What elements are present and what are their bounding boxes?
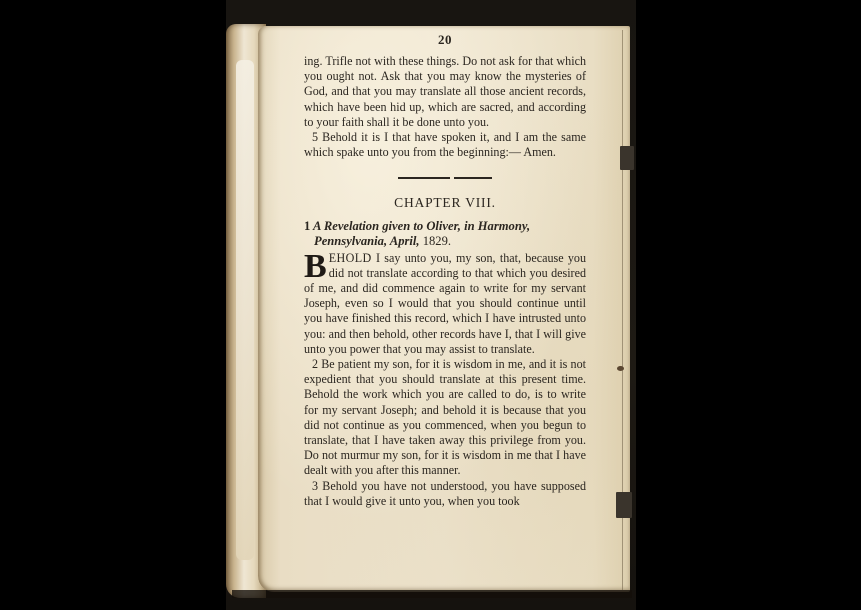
verse-2: 2 Be patient my son, for it is wisdom in… bbox=[304, 357, 586, 479]
continuation-paragraph: ing. Trifle not with these things. Do no… bbox=[304, 54, 586, 130]
scan-viewport: 20 ing. Trifle not with these things. Do… bbox=[0, 0, 861, 610]
page-bottom-shadow bbox=[232, 590, 632, 598]
verse-1-caps: EHOLD bbox=[329, 251, 372, 265]
heading-line-2: Pennsylvania, April, bbox=[314, 234, 420, 248]
section-divider bbox=[304, 177, 586, 179]
revelation-heading: 1 A Revelation given to Oliver, in Harmo… bbox=[304, 219, 586, 234]
page-tab-mark bbox=[616, 492, 632, 518]
verse-5: 5 Behold it is I that have spoken it, an… bbox=[304, 130, 586, 160]
heading-line-1: A Revelation given to Oliver, in Harmony… bbox=[313, 219, 530, 233]
verse-1: BEHOLD I say unto you, my son, that, bec… bbox=[304, 251, 586, 357]
cover-wear bbox=[236, 60, 254, 560]
divider-rule bbox=[454, 177, 492, 179]
page-number: 20 bbox=[304, 32, 586, 48]
page-tab-mark bbox=[620, 146, 634, 170]
verse-3: 3 Behold you have not understood, you ha… bbox=[304, 479, 586, 509]
verse-1-text: I say unto you, my son, that, because yo… bbox=[304, 251, 586, 356]
ink-spot bbox=[617, 366, 624, 371]
drop-cap-letter: B bbox=[304, 253, 327, 281]
revelation-heading-cont: Pennsylvania, April, 1829. bbox=[304, 234, 586, 249]
heading-number: 1 bbox=[304, 219, 310, 233]
divider-rule bbox=[398, 177, 450, 179]
chapter-title: CHAPTER VIII. bbox=[304, 195, 586, 210]
heading-year: 1829. bbox=[423, 234, 451, 248]
page-text: 20 ing. Trifle not with these things. Do… bbox=[304, 32, 586, 509]
